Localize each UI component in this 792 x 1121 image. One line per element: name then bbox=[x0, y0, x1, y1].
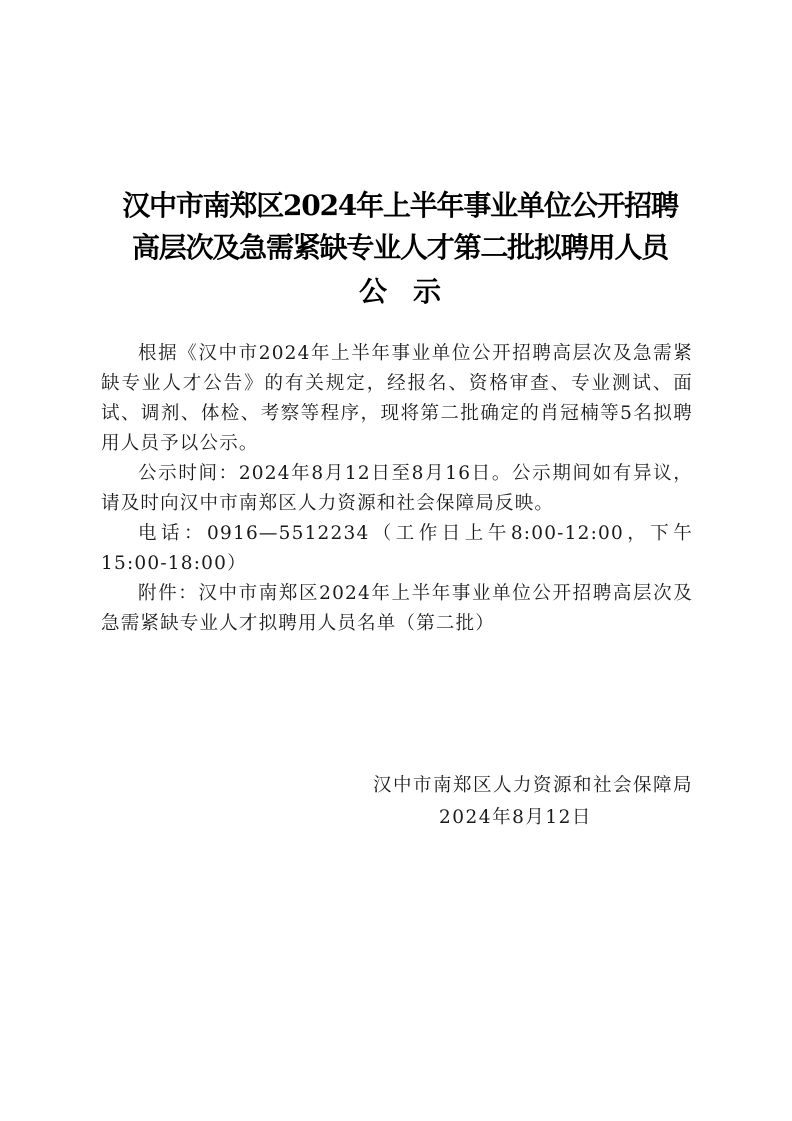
signature-organization: 汉中市南郑区人力资源和社会保障局 bbox=[340, 770, 693, 802]
document-page: 汉中市南郑区2024年上半年事业单位公开招聘 高层次及急需紧缺专业人才第二批拟聘… bbox=[0, 0, 792, 1121]
paragraph-attachment: 附件：汉中市南郑区2024年上半年事业单位公开招聘高层次及急需紧缺专业人才拟聘用… bbox=[101, 579, 693, 639]
document-body: 根据《汉中市2024年上半年事业单位公开招聘高层次及急需紧缺专业人才公告》的有关… bbox=[101, 339, 693, 639]
document-title: 汉中市南郑区2024年上半年事业单位公开招聘 高层次及急需紧缺专业人才第二批拟聘… bbox=[100, 185, 700, 315]
signature-date: 2024年8月12日 bbox=[340, 802, 693, 834]
title-line-2: 高层次及急需紧缺专业人才第二批拟聘用人员 bbox=[100, 227, 700, 269]
paragraph-basis: 根据《汉中市2024年上半年事业单位公开招聘高层次及急需紧缺专业人才公告》的有关… bbox=[101, 339, 693, 459]
signature-block: 汉中市南郑区人力资源和社会保障局 2024年8月12日 bbox=[340, 770, 693, 834]
title-line-1: 汉中市南郑区2024年上半年事业单位公开招聘 bbox=[100, 185, 700, 227]
paragraph-period: 公示时间：2024年8月12日至8月16日。公示期间如有异议，请及时向汉中市南郑… bbox=[101, 459, 693, 519]
title-line-3: 公示 bbox=[100, 269, 700, 315]
paragraph-phone: 电话：0916—5512234（工作日上午8:00-12:00，下午15:00-… bbox=[101, 519, 693, 579]
